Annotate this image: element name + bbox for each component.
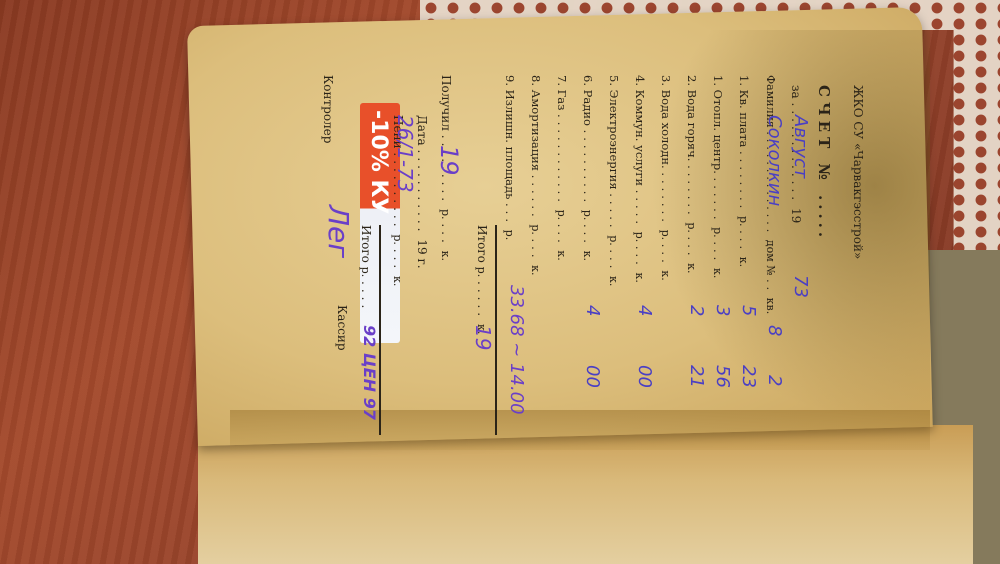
row-num: 2.	[685, 75, 699, 86]
handwritten-signature: Лег	[322, 205, 355, 258]
cashier-label: Кассир	[335, 305, 349, 351]
rub-label: р.	[659, 230, 672, 241]
dots: ......	[711, 178, 725, 224]
row-label: Газ	[555, 90, 569, 111]
handwritten-house: 8	[764, 325, 785, 336]
total-label: Итого	[475, 225, 489, 263]
dots: .......	[659, 172, 673, 226]
dots: ...	[529, 239, 543, 262]
row-label: Кв. плата	[737, 90, 751, 148]
g-label: г.	[415, 258, 429, 268]
dots: ..........	[581, 130, 595, 207]
row-4-rub: 4	[634, 305, 655, 316]
rub-label: р.	[581, 210, 594, 221]
kop-label: к.	[659, 270, 672, 280]
row-voda-hol: 3. Вода холодн. ....... р. ... к.	[659, 75, 673, 281]
row-6-kop: 00	[582, 365, 603, 388]
handwritten-month: Август	[790, 115, 811, 178]
kop-label: к.	[391, 276, 404, 286]
final-divider	[380, 225, 382, 435]
row-label: Вода горяч.	[685, 90, 699, 162]
organization-name: ЖКО СУ «Чарвакгэсстрой»	[851, 85, 865, 259]
dots: ....	[359, 281, 373, 312]
row-label: Вода холодн.	[659, 90, 673, 169]
row-izlish: 9. Излишн. площадь ... р.	[503, 75, 517, 240]
final-total-label: Итого	[359, 225, 373, 263]
kop-label: к.	[711, 268, 724, 278]
dots: .....	[815, 195, 833, 241]
row-radio: 6. Радио .......... р. ... к.	[581, 75, 595, 261]
row-num: 4.	[633, 75, 647, 86]
dots: ...	[439, 223, 453, 246]
year-label: 19	[415, 239, 429, 254]
bill-form: ЖКО СУ «Чарвакгэсстрой» СЧЕТ № ..... за …	[315, 75, 855, 435]
handwritten-year: 73	[790, 275, 811, 298]
rub-label: р.	[737, 216, 750, 227]
dots: .......	[685, 165, 699, 219]
dots: .....	[607, 193, 621, 231]
row-kommun: 4. Коммун. услуги ..... р. ... к.	[633, 75, 647, 283]
dots: ...	[607, 249, 621, 272]
dots: ........	[737, 151, 751, 212]
row-amort: 8. Амортизация ...... р. ... к.	[529, 75, 543, 276]
row-label: Излишн. площадь	[503, 90, 517, 200]
dots: .....	[475, 281, 489, 320]
apt-label: кв.	[764, 298, 777, 315]
handwritten-stamp-total: 92 ЦЕН 97	[360, 325, 379, 420]
controller-label: Контролер	[321, 75, 335, 143]
row-num: 7.	[555, 75, 569, 86]
row-electro: 5. Электроэнергия ..... р. ... к.	[607, 75, 621, 286]
dots: ...	[555, 224, 569, 247]
row-num: 3.	[659, 75, 673, 86]
row-num: 8.	[529, 75, 543, 86]
bill-title-text: СЧЕТ №	[815, 85, 833, 185]
row-0-kop: 23	[738, 365, 759, 388]
row-4-kop: 00	[634, 365, 655, 388]
dots: ...	[737, 230, 751, 253]
dots: ...	[633, 246, 647, 269]
rub-label: р.	[475, 267, 488, 278]
dots: ...	[711, 241, 725, 264]
kop-label: к.	[685, 263, 698, 273]
dots: ..	[764, 279, 777, 294]
rub-label: р.	[607, 235, 620, 246]
kop-label: к.	[439, 251, 452, 261]
kop-label: к.	[607, 276, 620, 286]
row-num: 1.	[711, 75, 725, 86]
row-0-rub: 5	[738, 305, 759, 316]
row-num: 6.	[581, 75, 595, 86]
row-6-rub: 4	[582, 305, 603, 316]
rub-label: р.	[685, 222, 698, 233]
bill-title: СЧЕТ № .....	[815, 85, 833, 241]
row-label: Амортизация	[529, 90, 543, 171]
rub-label: р.	[359, 267, 372, 278]
row-2-kop: 21	[686, 365, 707, 388]
row-label: Отопл. центр.	[711, 90, 725, 174]
date-label: Дата	[415, 115, 429, 146]
row-2-rub: 2	[686, 305, 707, 316]
handwritten-apt: 2	[764, 375, 785, 386]
row-num: 1.	[737, 75, 751, 86]
dots: ...........	[415, 150, 429, 236]
kop-label: к.	[737, 257, 750, 267]
dots: ...	[503, 203, 517, 226]
received-label: Получил	[439, 75, 453, 131]
row-1-rub: 3	[712, 305, 733, 316]
row-voda-gor: 2. Вода горяч. ....... р. ... к.	[685, 75, 699, 274]
rub-label: р.	[633, 232, 646, 243]
rub-label: р.	[391, 234, 404, 245]
dots: ...	[391, 249, 405, 272]
row-num: 9.	[503, 75, 517, 86]
dots: ...	[685, 237, 699, 260]
year-label: 19	[789, 208, 803, 223]
row-gaz: 7. Газ ............ р. ... к.	[555, 75, 569, 261]
dots: ............	[555, 114, 569, 206]
kop-label: к.	[633, 273, 646, 283]
rub-label: р.	[711, 227, 724, 238]
total-line: Итого р. ..... к.	[475, 225, 489, 334]
controller-line: Контролер	[321, 75, 335, 143]
row-label: Радио	[581, 90, 595, 126]
row-otopl: 1. Отопл. центр. ...... р. ... к.	[711, 75, 725, 278]
handwritten-received: 19	[435, 145, 463, 176]
row-num: 5.	[607, 75, 621, 86]
kop-label: к.	[555, 250, 568, 260]
dots: ...	[581, 224, 595, 247]
house-label: дом №	[764, 240, 777, 276]
kop-label: к.	[529, 265, 542, 275]
handwritten-surname: Соколкин	[764, 115, 785, 206]
total-divider	[496, 225, 498, 435]
rub-label: р.	[555, 210, 568, 221]
row-label: Электроэнергия	[607, 90, 621, 190]
kop-label: к.	[581, 251, 594, 261]
row-1-kop: 56	[712, 365, 733, 388]
cashier-line: Кассир	[335, 305, 349, 351]
date-line: Дата ........... 19 г.	[415, 115, 429, 269]
za-label: за	[789, 85, 803, 99]
rub-label: р.	[529, 224, 542, 235]
final-total-line: Итого р. ....	[359, 225, 373, 312]
row-label: Коммун. услуги	[633, 90, 647, 186]
rub-label: р.	[503, 230, 516, 241]
dots: .....	[633, 190, 647, 228]
handwritten-sum-line: 33.68 ~ 14.00	[506, 285, 527, 415]
dots: ......	[529, 175, 543, 221]
dots: ...	[659, 244, 673, 267]
row-kv-plata: 1. Кв. плата ........ р. ... к.	[737, 75, 751, 267]
handwritten-total: 19	[471, 325, 495, 350]
rub-label: р.	[439, 209, 452, 220]
handwritten-date: 26/1-73	[393, 115, 417, 193]
